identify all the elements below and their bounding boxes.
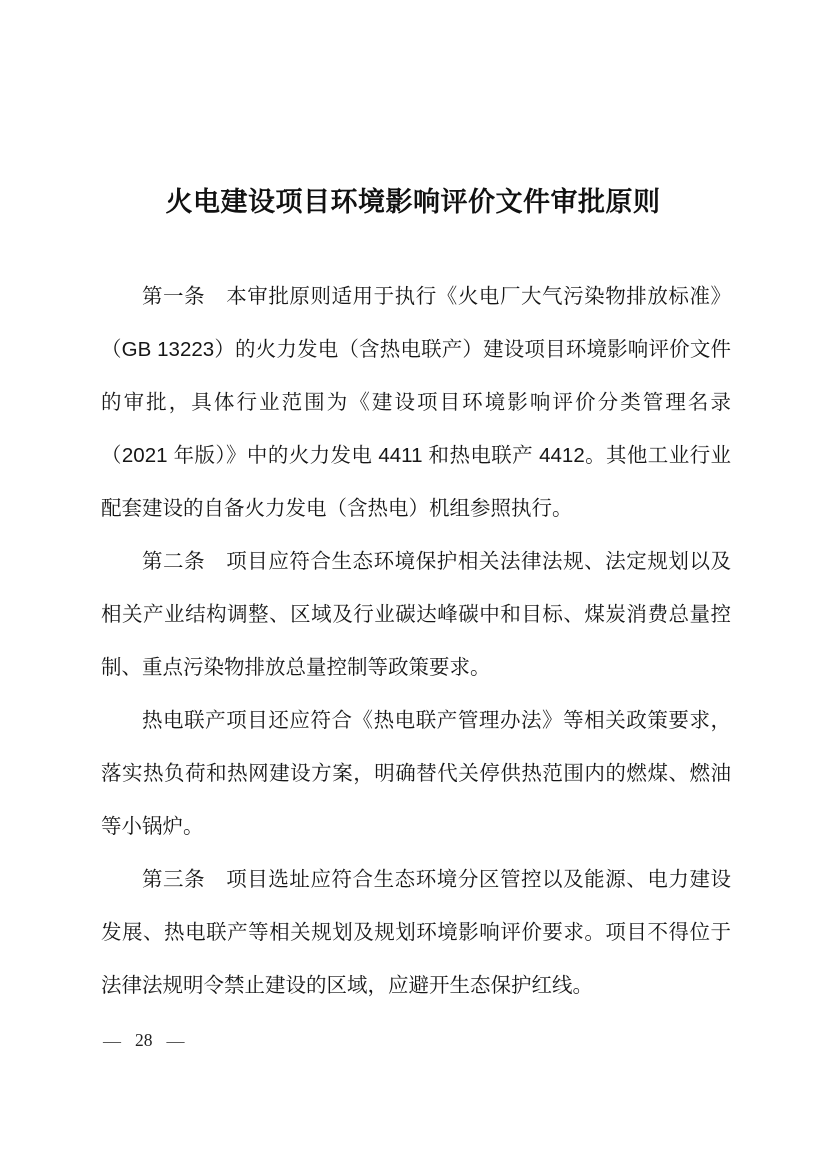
paragraph-article-2-continued: 热电联产项目还应符合《热电联产管理办法》等相关政策要求，落实热负荷和热网建设方案… <box>101 694 731 853</box>
paragraph-article-2: 第二条 项目应符合生态环境保护相关法律法规、法定规划以及相关产业结构调整、区域及… <box>101 535 731 694</box>
paragraph-article-3: 第三条 项目选址应符合生态环境分区管控以及能源、电力建设发展、热电联产等相关规划… <box>101 853 731 1012</box>
footer-dash-left: — <box>103 1032 121 1050</box>
page-number: 28 <box>135 1032 153 1050</box>
footer-dash-right: — <box>167 1032 185 1050</box>
document-page: 火电建设项目环境影响评价文件审批原则 第一条 本审批原则适用于执行《火电厂大气污… <box>0 0 826 1169</box>
paragraph-article-1: 第一条 本审批原则适用于执行《火电厂大气污染物排放标准》（GB 13223）的火… <box>101 270 731 535</box>
page-footer: — 28 — <box>103 1032 185 1050</box>
document-body: 第一条 本审批原则适用于执行《火电厂大气污染物排放标准》（GB 13223）的火… <box>101 270 731 1012</box>
document-title: 火电建设项目环境影响评价文件审批原则 <box>0 186 826 218</box>
